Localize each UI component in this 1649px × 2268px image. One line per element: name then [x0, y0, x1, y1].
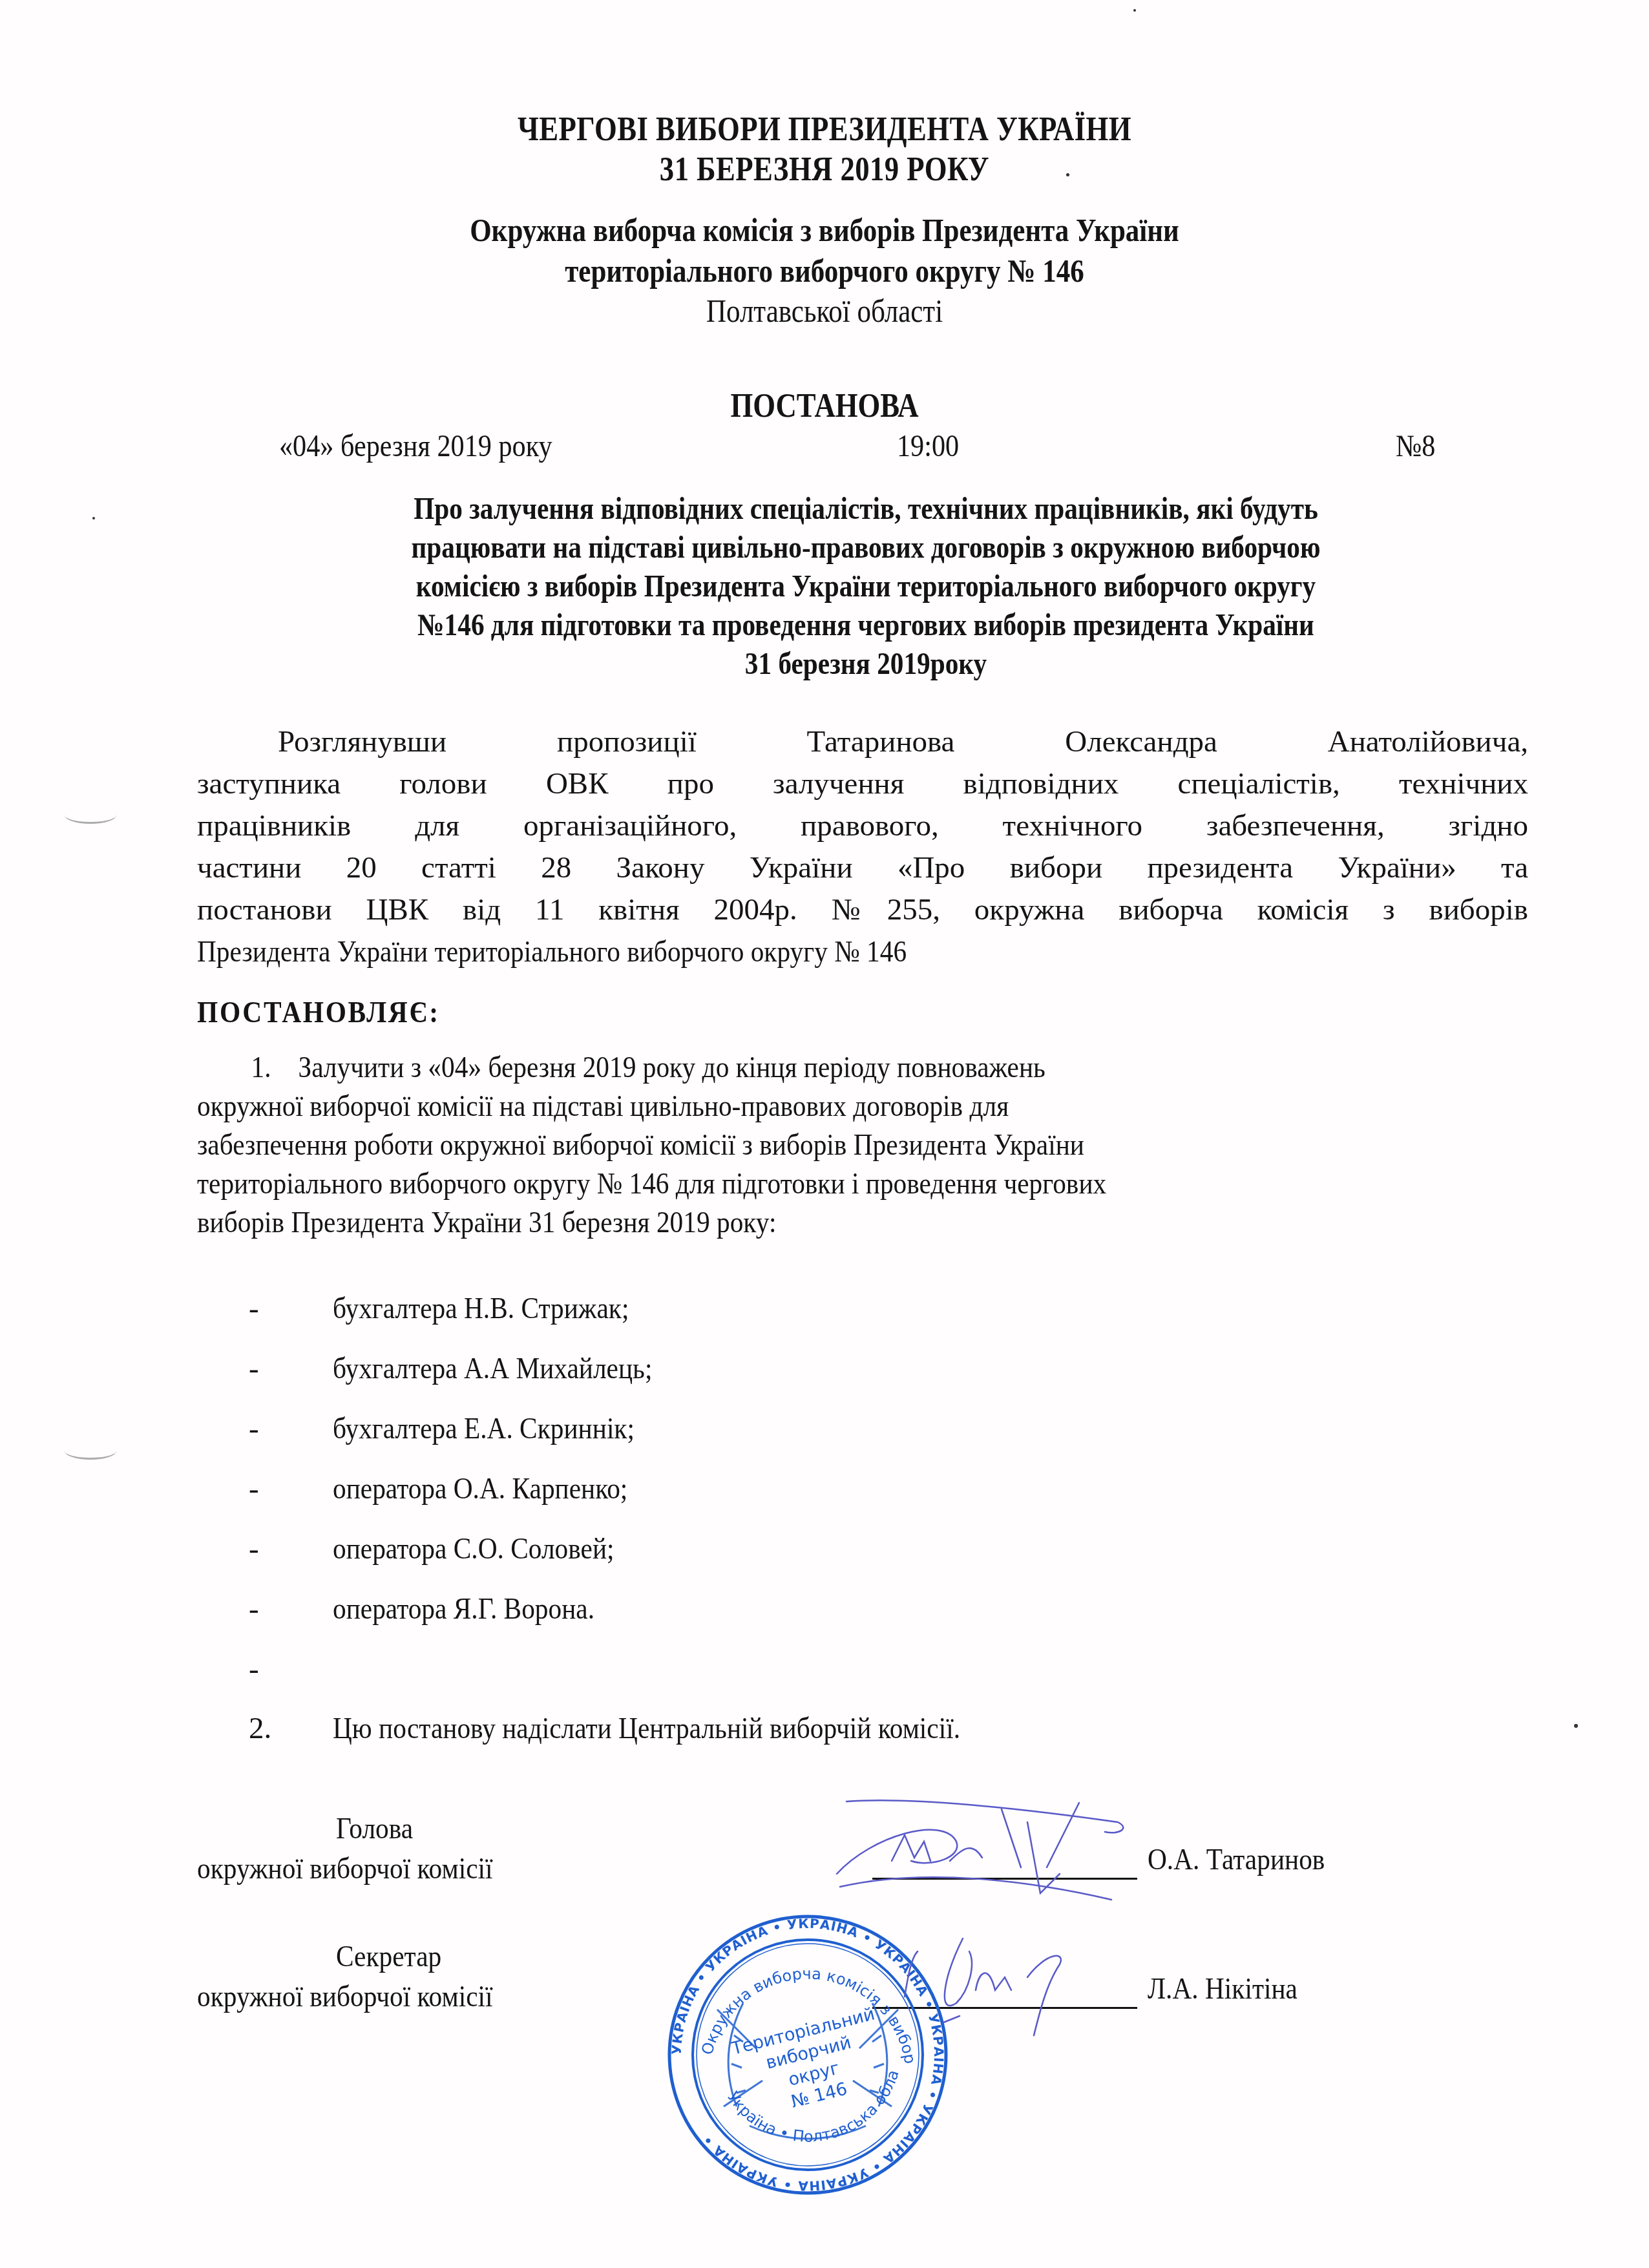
- resolution-date: «04» березня 2019 року: [279, 426, 552, 467]
- subject-line: Про залучення відповідних спеціалістів, …: [299, 490, 1433, 529]
- subject-line: працювати на підставі цивільно-правових …: [299, 529, 1433, 567]
- scan-speck: [1574, 1724, 1578, 1728]
- item-text: забезпечення роботи окружної виборчої ко…: [197, 1126, 1391, 1164]
- item-text: виборів Президента України 31 березня 20…: [197, 1203, 1391, 1242]
- item-text: окружної виборчої комісії на підставі ци…: [197, 1087, 1391, 1126]
- document-page: ЧЕРГОВІ ВИБОРИ ПРЕЗИДЕНТА УКРАЇНИ 31 БЕР…: [0, 0, 1649, 2268]
- chair-role: Голова: [336, 1809, 413, 1848]
- preamble-line: Розглянувши пропозиції Татаринова Олекса…: [278, 722, 1528, 761]
- election-title: ЧЕРГОВІ ВИБОРИ ПРЕЗИДЕНТА УКРАЇНИ: [116, 110, 1534, 150]
- region-name: Полтавської області: [116, 291, 1534, 331]
- item-text: територіального виборчого округу № 146 д…: [197, 1164, 1391, 1203]
- preamble-line: працівників для організаційного, правово…: [197, 806, 1528, 845]
- preamble-line: частини 20 статті 28 Закону України «Про…: [197, 848, 1528, 887]
- resolution-title: ПОСТАНОВА: [116, 386, 1534, 426]
- chair-signature-icon: [834, 1796, 1144, 1913]
- item-text: Цю постанову надіслати Центральній вибор…: [333, 1709, 960, 1748]
- resolution-number: №8: [1396, 426, 1435, 467]
- resolution-time: 19:00: [897, 426, 959, 467]
- item-text: Залучити з «04» березня 2019 року до кін…: [298, 1051, 1045, 1084]
- secretary-name: Л.А. Нікітіна: [1148, 1969, 1297, 2008]
- secretary-role: Секретар: [336, 1937, 441, 1976]
- preamble-line: постанови ЦВК від 11 квітня 2004р. №255,…: [197, 890, 1528, 929]
- chair-name: О.А. Татаринов: [1148, 1840, 1325, 1879]
- preamble-line: Президента України територіального вибор…: [197, 932, 1369, 971]
- scan-speck: [92, 517, 95, 520]
- resolves-label: ПОСТАНОВЛЯЄ:: [197, 995, 440, 1029]
- item-number: 2.: [249, 1709, 271, 1748]
- punch-hole-mark-top: [65, 806, 116, 824]
- subject-line: 31 березня 2019року: [299, 645, 1433, 684]
- secretary-signature-icon: [898, 1926, 1092, 2042]
- subject-line: комісією з виборів Президента України те…: [299, 567, 1433, 606]
- resolution-subject: Про залучення відповідних спеціалістів, …: [207, 490, 1525, 684]
- subject-line: №146 для підготовки та проведення чергов…: [299, 606, 1433, 645]
- commission-name-line1: Окружна виборча комісія з виборів Презид…: [116, 210, 1534, 250]
- preamble-line: заступника голови ОВК про залучення відп…: [197, 764, 1528, 803]
- resolution-item-1: 1. Залучити з «04» березня 2019 року до …: [197, 1048, 1554, 1242]
- chair-role-sub: окружної виборчої комісії: [197, 1849, 493, 1888]
- item-number: 1.: [251, 1051, 271, 1084]
- punch-hole-mark-bottom: [65, 1442, 116, 1460]
- resolution-dateline: «04» березня 2019 року 19:00 №8: [0, 426, 1649, 467]
- election-date: 31 БЕРЕЗНЯ 2019 РОКУ: [116, 150, 1534, 190]
- commission-name-line2: територіального виборчого округу № 146: [116, 251, 1534, 291]
- secretary-role-sub: окружної виборчої комісії: [197, 1977, 493, 2016]
- scan-speck: [1133, 9, 1136, 12]
